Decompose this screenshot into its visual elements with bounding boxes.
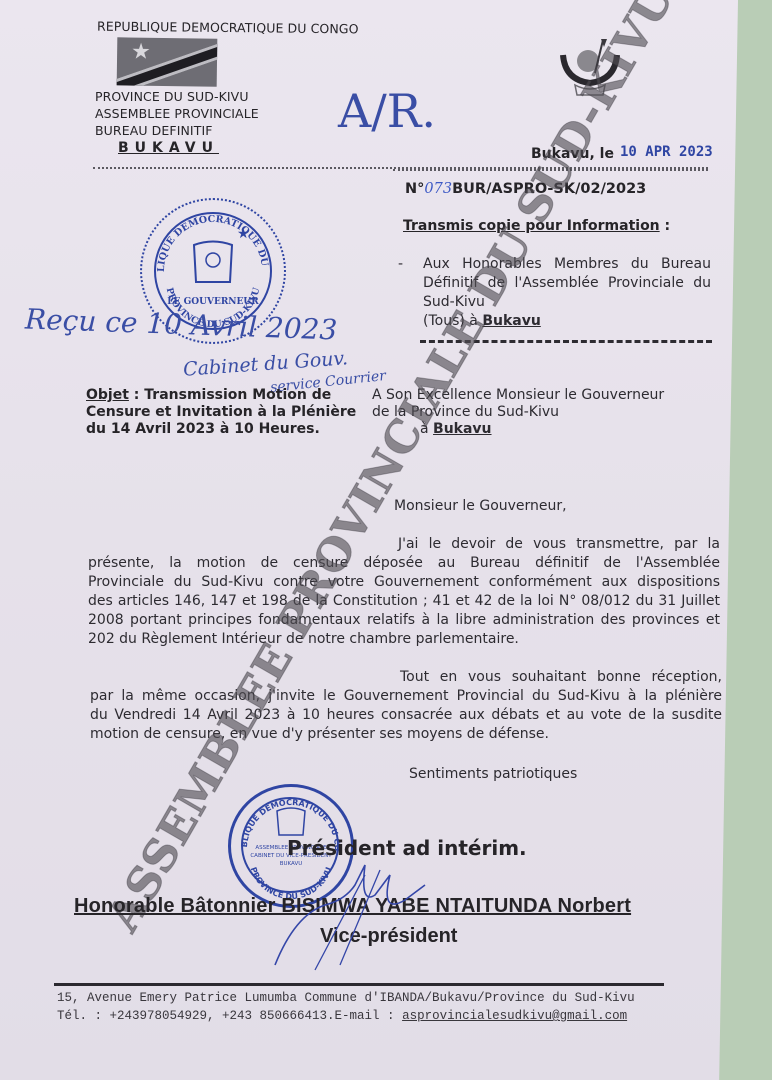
svg-text:★: ★ [237,226,250,242]
footer-contact: Tél. : +243978054929, +243 850666413.E-m… [57,1009,627,1023]
p2-line-3: du Vendredi 14 Avril 2023 à 10 heures co… [90,706,722,725]
receipt-note-line1: Reçu ce 10 Avril 2023 [25,303,338,347]
country-name: REPUBLIQUE DEMOCRATIQUE DU CONGO [97,19,359,37]
p2-line-1: Tout en vous souhaitant bonne réception, [400,668,722,687]
ar-annotation: A/R. [338,84,436,138]
footer-email-link[interactable]: asprovincialesudkivu@gmail.com [402,1009,627,1023]
subject-line-1: Objet : Transmission Motion de [86,387,331,403]
reference-prefix: N° [405,181,424,197]
footer-address: 15, Avenue Emery Patrice Lumumba Commune… [57,991,635,1005]
p1-line-2: présente, la motion de censure déposée a… [88,554,720,573]
footer-rule [54,983,664,986]
handwritten-signature [255,855,435,975]
salutation: Monsieur le Gouverneur, [394,497,567,516]
p1-line-4: des articles 146, 147 et 198 de la Const… [88,592,720,611]
p1-line-3: Provinciale du Sud-Kivu contre votre Gou… [88,573,720,592]
svg-text:LE GOUVERNEUR: LE GOUVERNEUR [167,297,259,307]
p2-line-2: par la même occasion, j'invite le Gouver… [90,687,722,706]
province-name: PROVINCE DU SUD-KIVU [95,89,249,104]
copy-dash: - [398,255,403,274]
subject-line-3: du 14 Avril 2023 à 10 Heures. [86,421,320,437]
p1-line-5: 2008 portant principes fondamentaux rela… [88,611,720,630]
p1-line-1: J'ai le devoir de vous transmettre, par … [398,535,720,554]
assembly-name: ASSEMBLEE PROVINCIALE [95,106,259,121]
closing: Sentiments patriotiques [409,765,577,784]
date-stamp: 10 APR 2023 [620,144,713,160]
p2-line-4: motion de censure, en vue d'y présenter … [90,725,549,744]
city-name: BUKAVU [118,140,219,156]
drc-flag-icon: ★ [117,37,218,86]
copy-line-1: Aux Honorables Membres du Bureau [423,255,711,274]
handwritten-number: 073 [424,181,452,197]
bureau-name: BUREAU DEFINITIF [95,123,213,138]
subject-line-2: Censure et Invitation à la Plénière [86,404,356,420]
